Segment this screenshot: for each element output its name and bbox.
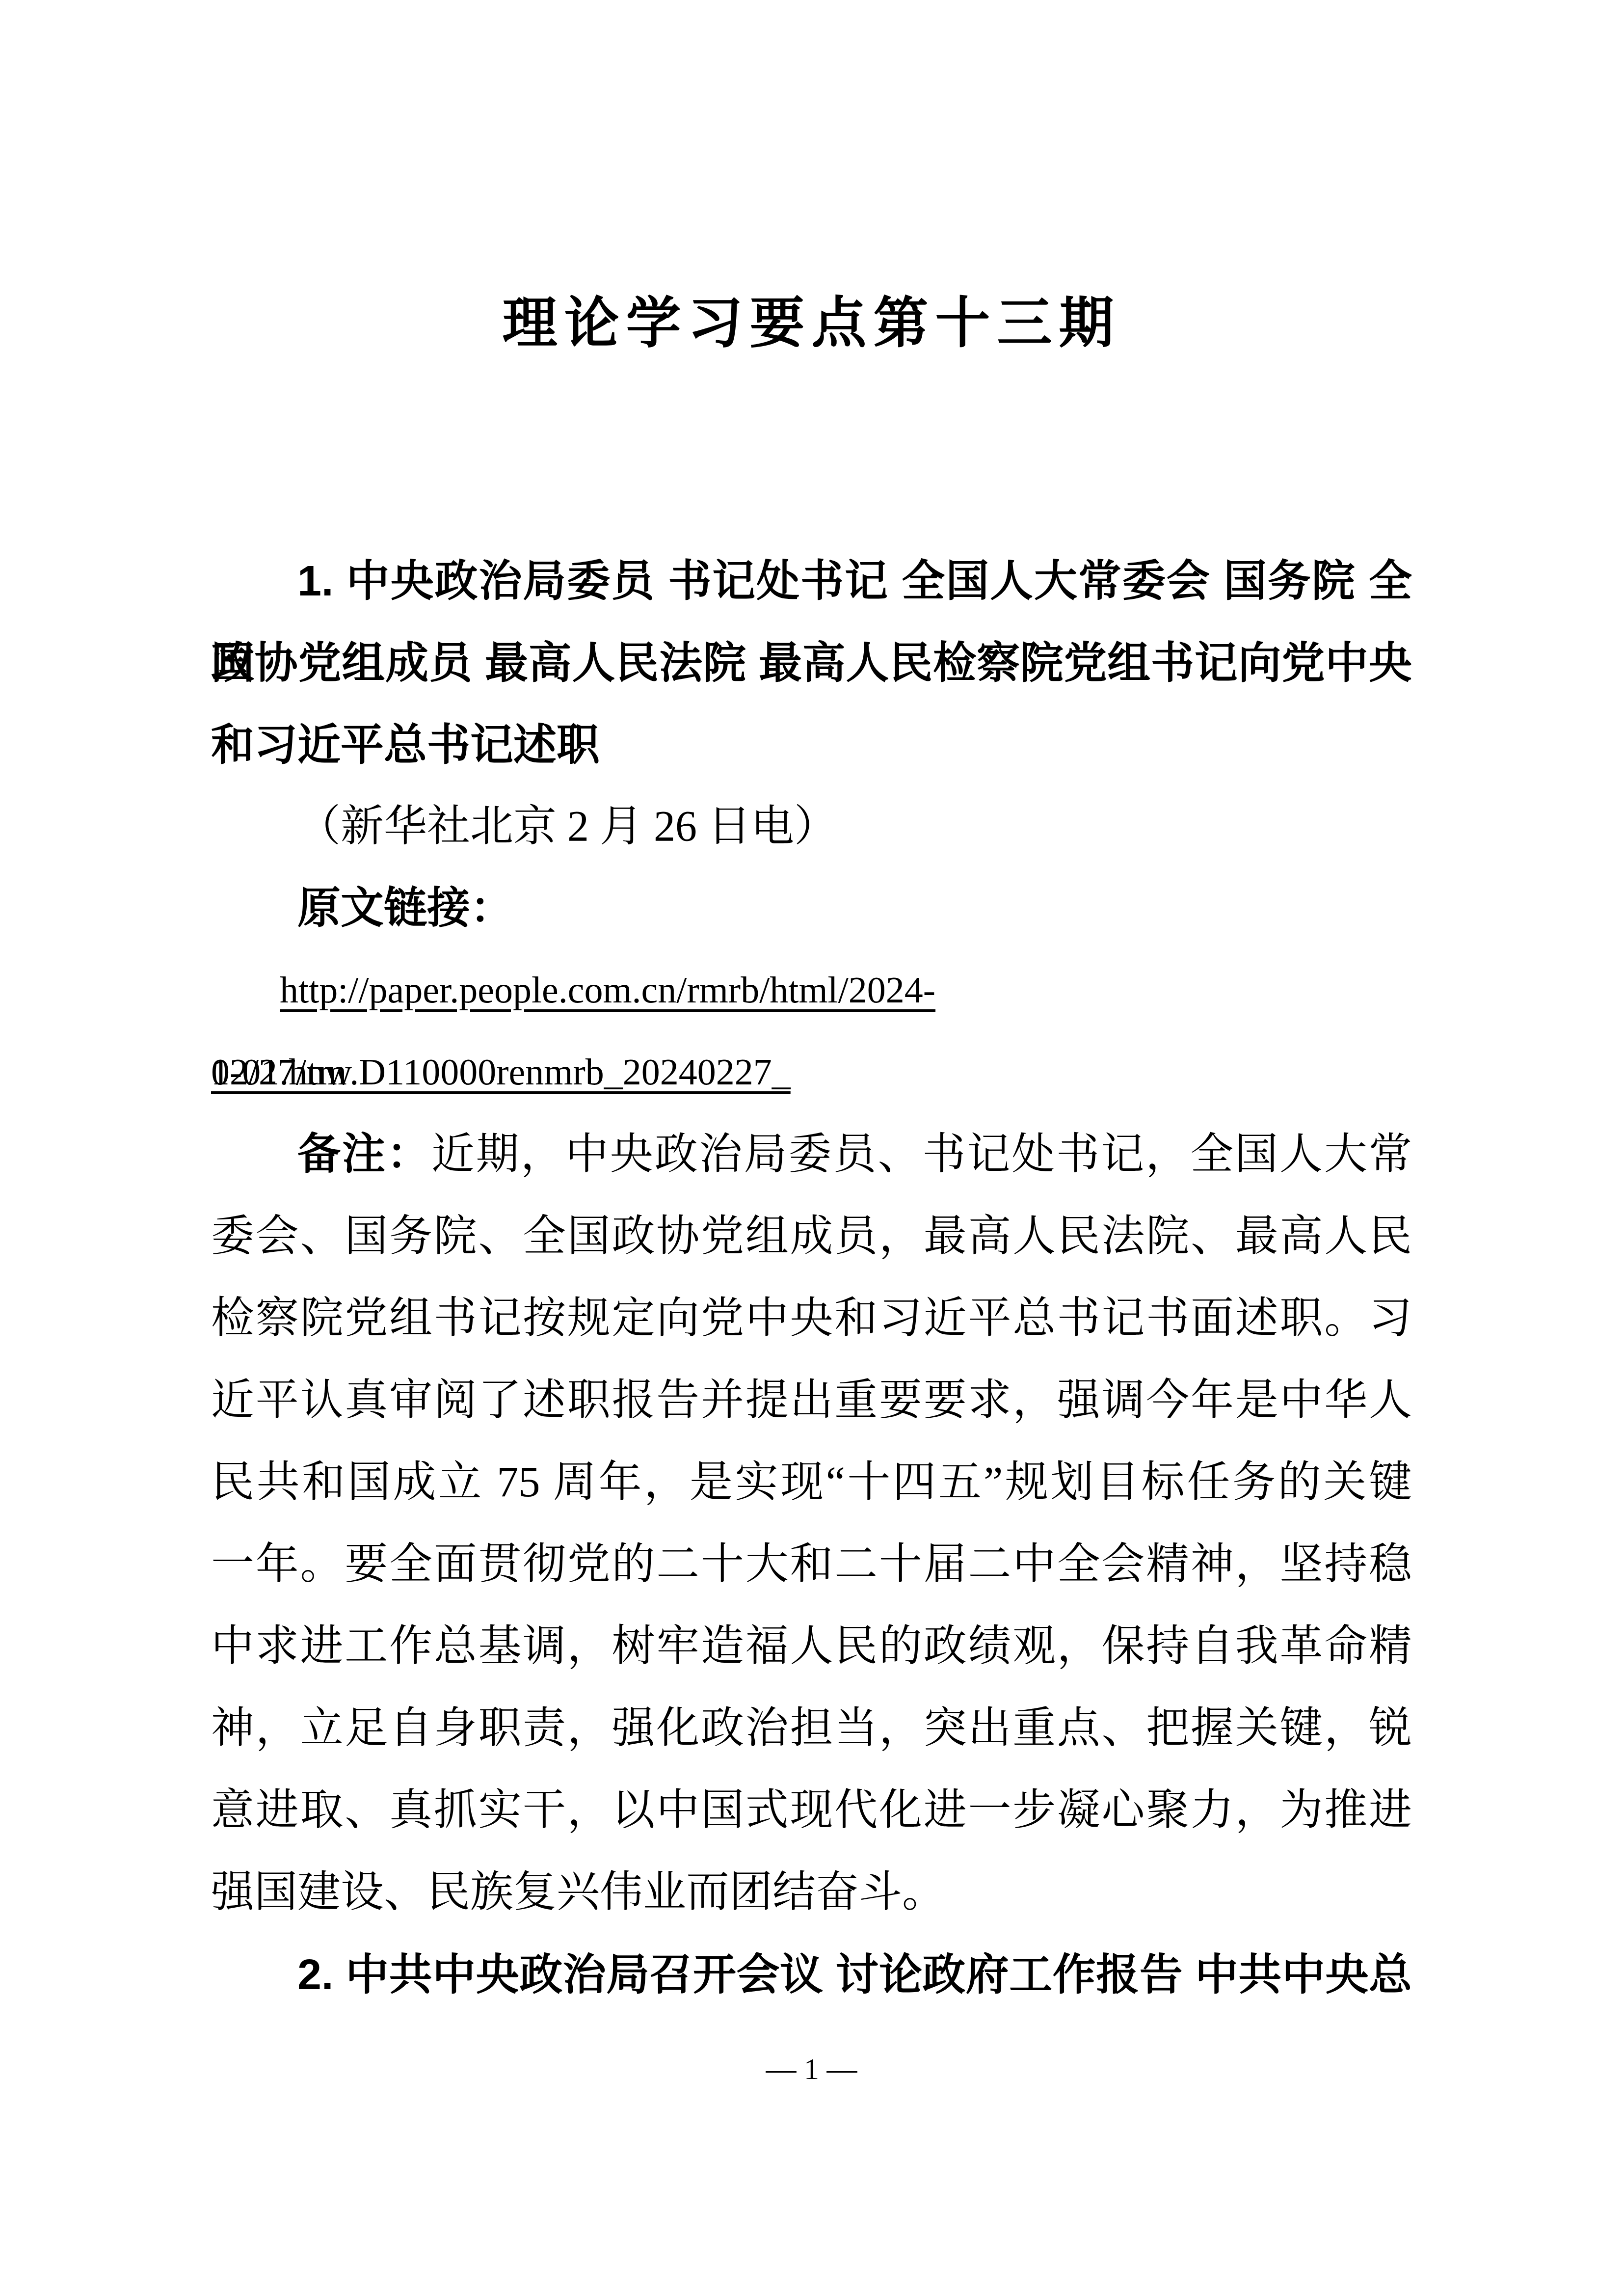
document-title: 理论学习要点第十三期 <box>0 290 1623 358</box>
article1-heading-line-2: 政协党组成员 最高人民法院 最高人民检察院党组书记向党中央 <box>211 621 1412 703</box>
remark-line-1-text: 近期，中央政治局委员、书记处书记，全国人大常 <box>431 1131 1412 1178</box>
document-body: 1. 中央政治局委员 书记处书记 全国人大常委会 国务院 全国 政协党组成员 最… <box>211 540 1412 2015</box>
remark-label: 备注： <box>297 1131 431 1178</box>
original-link-label: 原文链接： <box>211 867 1412 949</box>
article1-heading-line-1: 1. 中央政治局委员 书记处书记 全国人大常委会 国务院 全国 <box>211 540 1412 621</box>
remark-line-8: 神，立足自身职责，强化政治担当，突出重点、把握关键，锐 <box>211 1687 1412 1769</box>
news-source-line: （新华社北京 2 月 26 日电） <box>211 785 1412 867</box>
remark-line-5: 民共和国成立 75 周年，是实现“十四五”规划目标任务的关键 <box>211 1441 1412 1523</box>
article-url-line-1[interactable]: http://paper.people.com.cn/rmrb/html/202… <box>211 949 1412 1031</box>
document-page: 理论学习要点第十三期 1. 中央政治局委员 书记处书记 全国人大常委会 国务院 … <box>0 0 1623 2296</box>
remark-line-3: 检察院党组书记按规定向党中央和习近平总书记书面述职。习 <box>211 1277 1412 1359</box>
remark-line-1: 备注：近期，中央政治局委员、书记处书记，全国人大常 <box>211 1113 1412 1195</box>
remark-line-2: 委会、国务院、全国政协党组成员，最高人民法院、最高人民 <box>211 1195 1412 1277</box>
remark-line-6: 一年。要全面贯彻党的二十大和二十届二中全会精神，坚持稳 <box>211 1523 1412 1605</box>
remark-line-9: 意进取、真抓实干，以中国式现代化进一步凝心聚力，为推进 <box>211 1769 1412 1851</box>
article1-heading-line-3: 和习近平总书记述职 <box>211 703 1412 785</box>
remark-line-7: 中求进工作总基调，树牢造福人民的政绩观，保持自我革命精 <box>211 1605 1412 1687</box>
page-number: — 1 — <box>0 2052 1623 2086</box>
article2-heading-line-1: 2. 中共中央政治局召开会议 讨论政府工作报告 中共中央总 <box>211 1933 1412 2015</box>
remark-line-4: 近平认真审阅了述职报告并提出重要要求，强调今年是中华人 <box>211 1359 1412 1441</box>
remark-line-10: 强国建设、民族复兴伟业而团结奋斗。 <box>211 1851 1412 1933</box>
